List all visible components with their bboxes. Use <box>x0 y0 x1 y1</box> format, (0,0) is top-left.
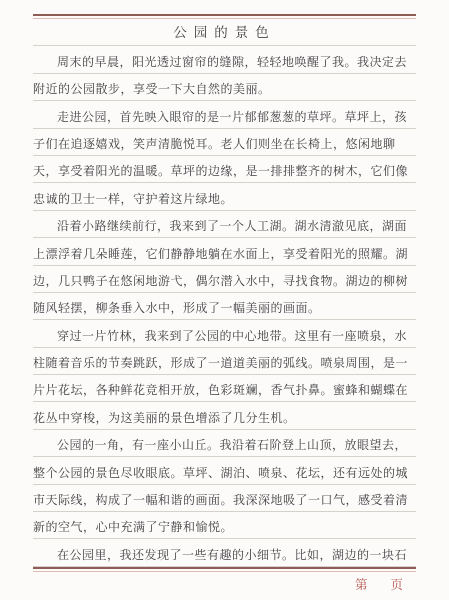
page-number-prefix: 第 <box>355 575 369 593</box>
essay-line: 穿过一片竹林，我来到了公园的中心地带。这里有一座喷泉，水 <box>33 320 416 347</box>
essay-line: 走进公园，首先映入眼帘的是一片郁郁葱葱的草坪。草坪上，孩 <box>33 101 416 128</box>
essay-line: 柱随着音乐的节奏跳跃，形成了一道道美丽的弧线。喷泉周围，是一 <box>33 348 416 375</box>
notebook-page: 公园的景色 周末的早晨，阳光透过窗帘的缝隙，轻轻地唤醒了我。我决定去 附近的公园… <box>0 0 449 600</box>
essay-line: 整个公园的景色尽收眼底。草坪、湖泊、喷泉、花坛，还有远处的城 <box>33 457 416 484</box>
essay-title: 公园的景色 <box>33 19 416 46</box>
essay-line: 片片花坛，各种鲜花竞相开放，色彩斑斓，香气扑鼻。蜜蜂和蝴蝶在 <box>33 375 416 402</box>
page-number-slot <box>368 583 390 584</box>
essay-line: 随风轻摆，柳条垂入水中，形成了一幅美丽的画面。 <box>33 293 416 320</box>
essay-line: 市天际线，构成了一幅和谐的画面。我深深地吸了一口气，感受着清 <box>33 485 416 512</box>
essay-line: 花丛中穿梭，为这美丽的景色增添了几分生机。 <box>33 402 416 429</box>
essay-line: 附近的公园散步，享受一下大自然的美丽。 <box>33 74 416 101</box>
page-footer: 第 页 <box>33 572 416 596</box>
essay-line: 忠诚的卫士一样，守护着这片绿地。 <box>33 183 416 210</box>
essay-line: 子们在追逐嬉戏，笑声清脆悦耳。老人们则坐在长椅上，悠闲地聊 <box>33 129 416 156</box>
essay-line: 沿着小路继续前行，我来到了一个人工湖。湖水清澈见底，湖面 <box>33 211 416 238</box>
essay-line: 新的空气，心中充满了宁静和愉悦。 <box>33 512 416 539</box>
essay-line: 周末的早晨，阳光透过窗帘的缝隙，轻轻地唤醒了我。我决定去 <box>33 46 416 73</box>
essay-line: 边，几只鸭子在悠闲地游弋，偶尔潜入水中，寻找食物。湖边的柳树 <box>33 266 416 293</box>
essay-line: 公园的一角，有一座小山丘。我沿着石阶登上山顶，放眼望去， <box>33 430 416 457</box>
essay-body: 公园的景色 周末的早晨，阳光透过窗帘的缝隙，轻轻地唤醒了我。我决定去 附近的公园… <box>33 19 416 567</box>
essay-line: 在公园里，我还发现了一些有趣的小细节。比如，湖边的一块石 <box>33 539 416 566</box>
essay-line: 上漂浮着几朵睡莲，它们静静地躺在水面上，享受着阳光的照耀。湖 <box>33 238 416 265</box>
page-number-suffix: 页 <box>390 575 404 593</box>
writing-area: 公园的景色 周末的早晨，阳光透过窗帘的缝隙，轻轻地唤醒了我。我决定去 附近的公园… <box>33 14 416 596</box>
essay-line: 天，享受着阳光的温暖。草坪的边缘，是一排排整齐的树木，它们像 <box>33 156 416 183</box>
